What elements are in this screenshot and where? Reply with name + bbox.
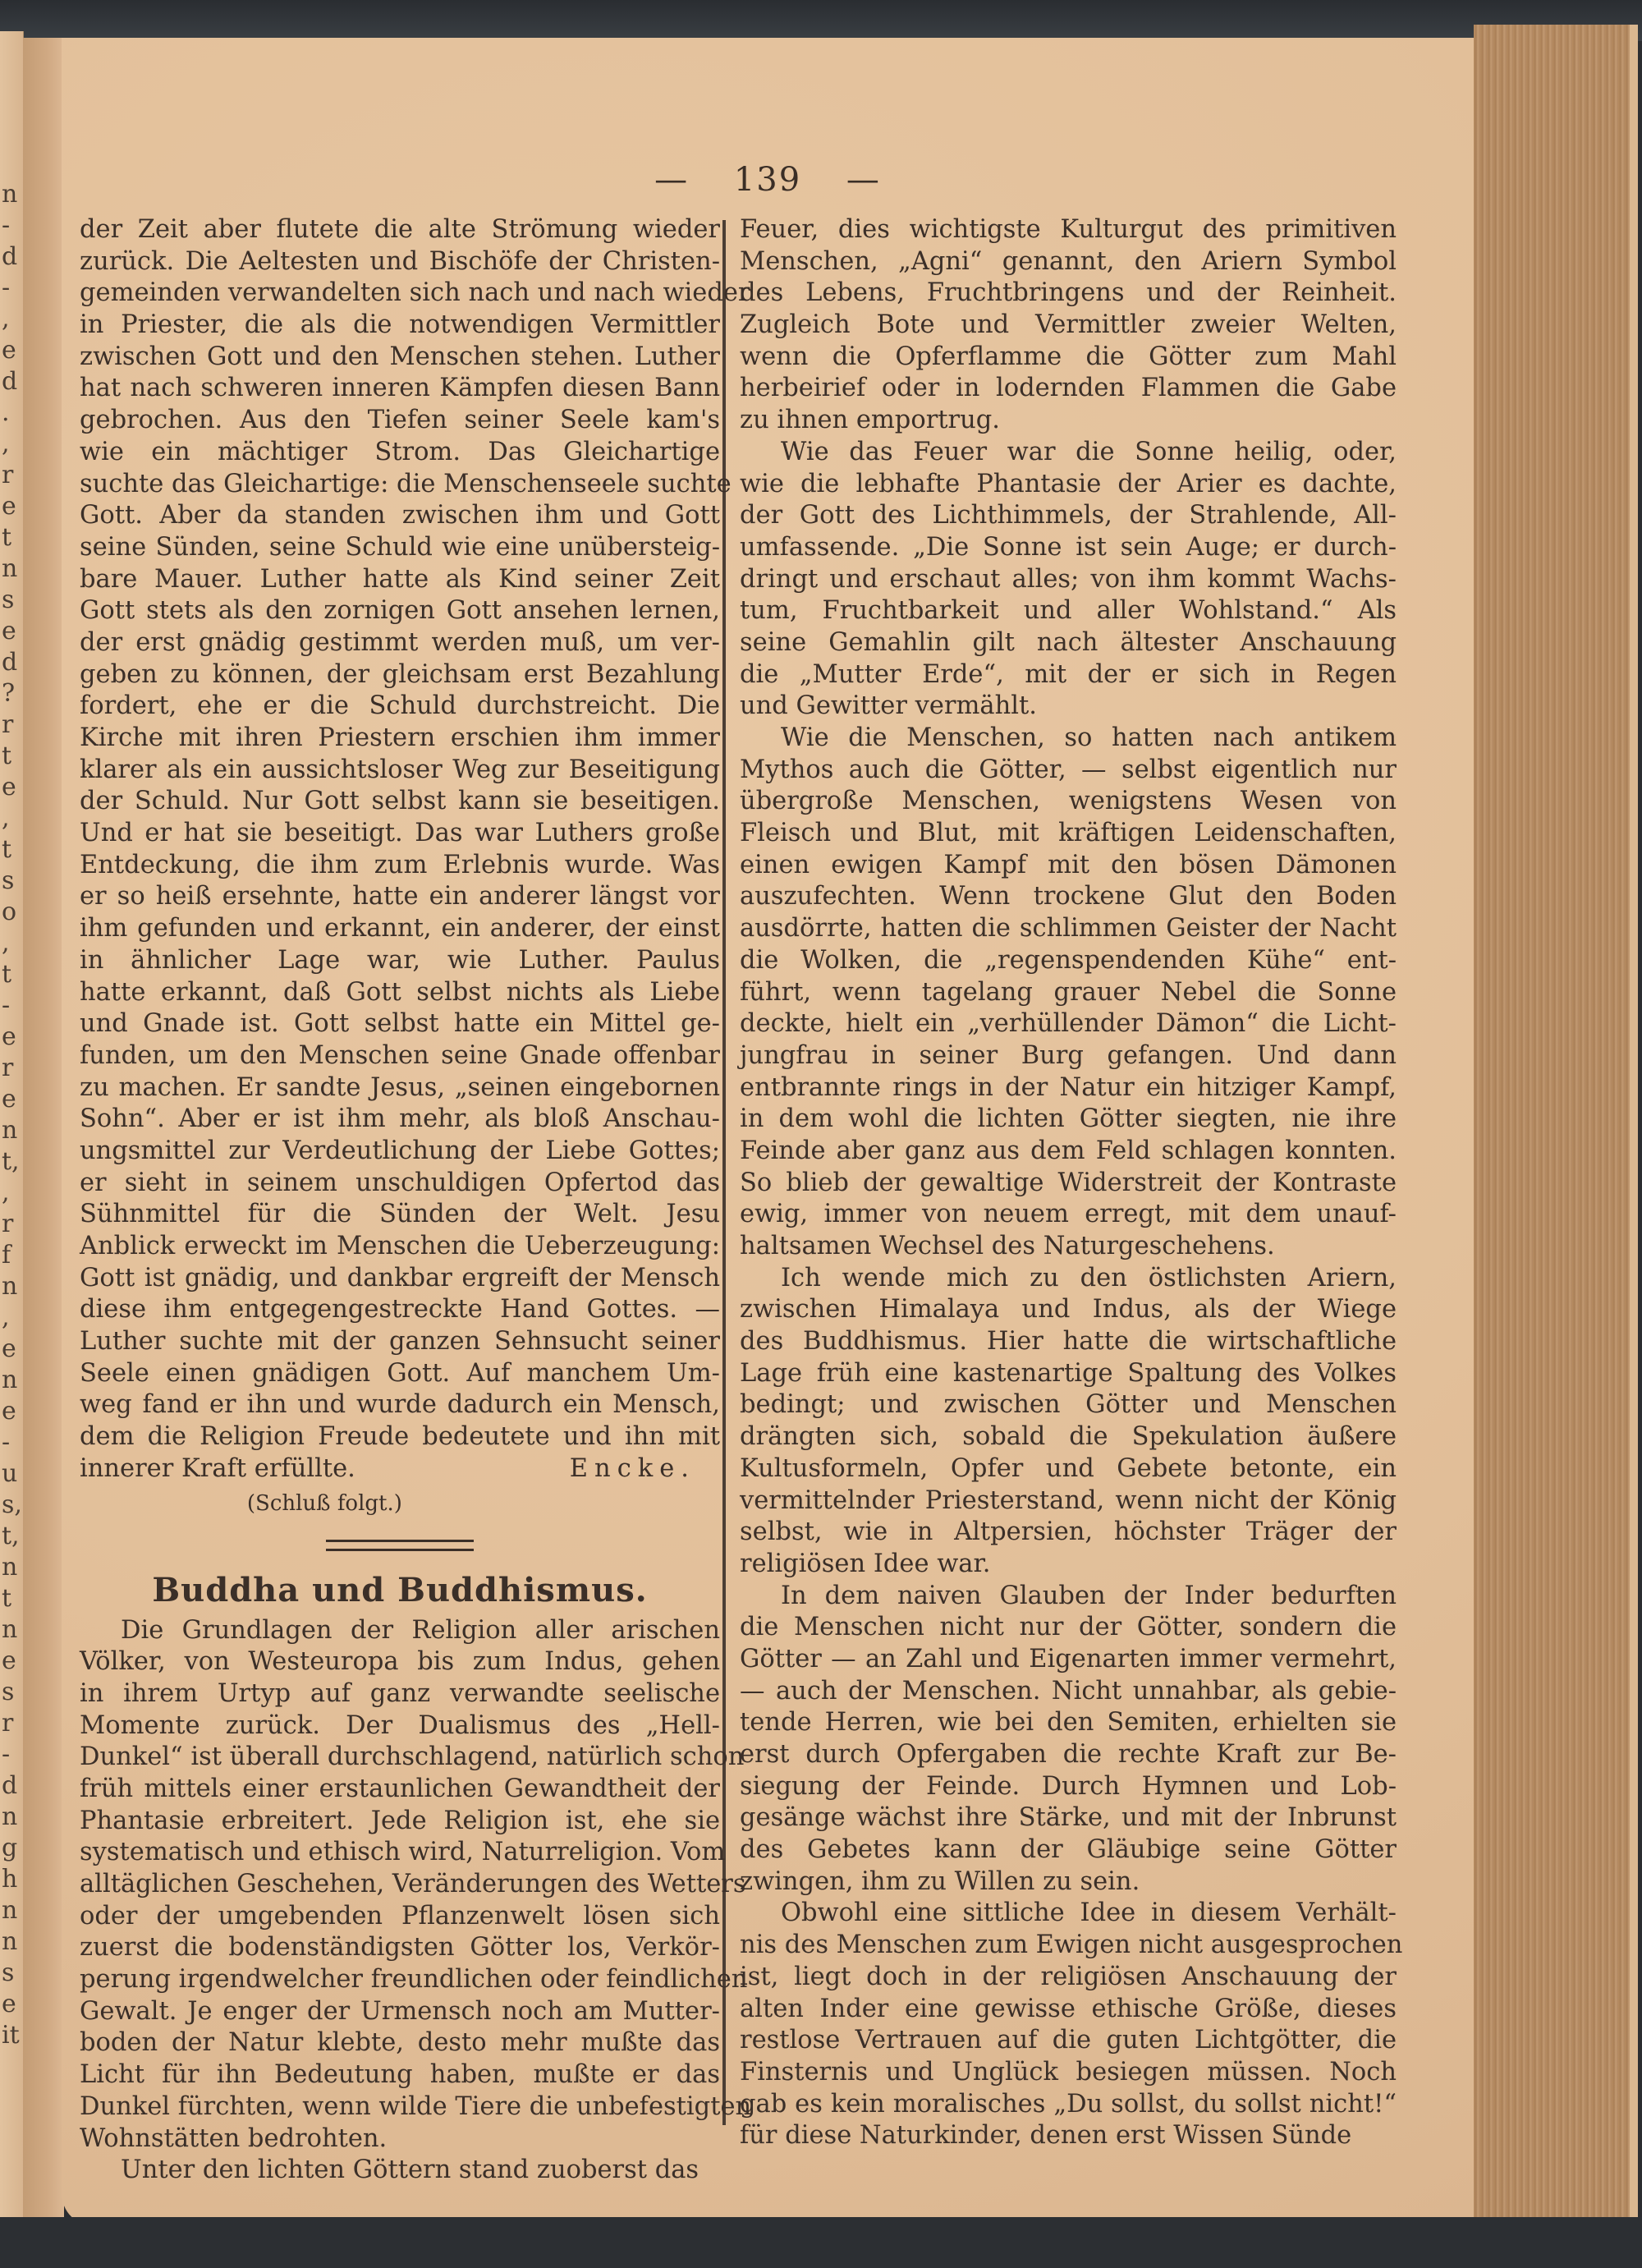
text-line: gebrochen. Aus den Tiefen seiner Seele k…	[80, 405, 720, 437]
book-page: — 139 — der Zeit aber flutete die alte S…	[62, 38, 1474, 2226]
text-line: tende Herren, wie bei den Semiten, erhie…	[740, 1707, 1397, 1739]
text-line: zwischen Himalaya und Indus, als der Wie…	[740, 1294, 1397, 1326]
text-line: Fleisch und Blut, mit kräftigen Leidensc…	[740, 818, 1397, 850]
text-line: So blieb der gewaltige Widerstreit der K…	[740, 1168, 1397, 1200]
text-line: Lage früh eine kastenartige Spaltung des…	[740, 1358, 1397, 1390]
text-line: ihm gefunden und erkannt, ein anderer, d…	[80, 913, 720, 945]
text-line: ist, liegt doch in der religiösen Anscha…	[740, 1962, 1397, 1994]
text-line: seine Sünden, seine Schuld wie eine unüb…	[80, 532, 720, 564]
text-line: diese ihm entgegengestreckte Hand Gottes…	[80, 1294, 720, 1326]
text-line: Gott stets als den zornigen Gott ansehen…	[80, 595, 720, 627]
text-line: einen ewigen Kampf mit den bösen Dämonen	[740, 850, 1397, 882]
text-line: Dunkel“ ist überall durchschlagend, natü…	[80, 1742, 720, 1774]
text-line: ausdörrte, hatten die schlimmen Geister …	[740, 913, 1397, 945]
text-line: restlose Vertrauen auf die guten Lichtgö…	[740, 2025, 1397, 2057]
text-line: Feuer, dies wichtigste Kulturgut des pri…	[740, 214, 1397, 246]
text-line: zwingen, ihm zu Willen zu sein.	[740, 1866, 1397, 1898]
text-line: für diese Naturkinder, denen erst Wissen…	[740, 2120, 1397, 2152]
text-line: gemeinden verwandelten sich nach und nac…	[80, 278, 720, 310]
left-column: der Zeit aber flutete die alte Strömung …	[80, 214, 720, 2187]
text-line: Gott. Aber da standen zwischen ihm und G…	[80, 500, 720, 532]
text-line: hatte erkannt, daß Gott selbst nichts al…	[80, 977, 720, 1009]
folio-dash-left: —	[654, 161, 689, 199]
author-signature: Encke.	[570, 1453, 695, 1485]
text-line: Gott ist gnädig, und dankbar ergreift de…	[80, 1263, 720, 1295]
text-line: Finsternis und Unglück besiegen müssen. …	[740, 2057, 1397, 2089]
text-line: In dem naiven Glauben der Inder bedurfte…	[740, 1581, 1397, 1613]
text-line: nis des Menschen zum Ewigen nicht ausges…	[740, 1930, 1397, 1962]
text-line: funden, um den Menschen seine Gnade offe…	[80, 1040, 720, 1072]
article-body-buddhism: Die Grundlagen der Religion aller arisch…	[80, 1615, 720, 2187]
text-line: er sieht in seinem unschuldigen Opfertod…	[80, 1168, 720, 1200]
text-line: religiösen Idee war.	[740, 1549, 1397, 1581]
text-line: in ähnlicher Lage war, wie Luther. Paulu…	[80, 945, 720, 977]
text-line: Anblick erweckt im Menschen die Ueberzeu…	[80, 1231, 720, 1263]
text-line: Kirche mit ihren Priestern erschien ihm …	[80, 723, 720, 755]
right-column: Feuer, dies wichtigste Kulturgut des pri…	[740, 214, 1397, 2152]
text-line: perung irgendwelcher freundlichen oder f…	[80, 1964, 720, 1996]
text-line: zurück. Die Aeltesten und Bischöfe der C…	[80, 246, 720, 278]
text-line: haltsamen Wechsel des Naturgeschehens.	[740, 1231, 1397, 1263]
text-line: der Schuld. Nur Gott selbst kann sie bes…	[80, 786, 720, 818]
text-line: wie ein mächtiger Strom. Das Gleichartig…	[80, 437, 720, 469]
text-line: des Gebetes kann der Gläubige seine Gött…	[740, 1834, 1397, 1866]
text-line: Obwohl eine sittliche Idee in diesem Ver…	[740, 1898, 1397, 1930]
text-line: ungsmittel zur Verdeutlichung der Liebe …	[80, 1136, 720, 1168]
text-line: Wohnstätten bedrohten.	[80, 2123, 720, 2156]
text-line: Die Grundlagen der Religion aller arisch…	[80, 1615, 720, 1647]
text-line: Wie das Feuer war die Sonne heilig, oder…	[740, 437, 1397, 469]
text-line: drängten sich, sobald die Spekulation äu…	[740, 1421, 1397, 1453]
text-line: und Gewitter vermählt.	[740, 691, 1397, 723]
article-continuation: der Zeit aber flutete die alte Strömung …	[80, 214, 720, 1453]
text-line: dem die Religion Freude bedeutete und ih…	[80, 1421, 720, 1453]
text-line: hat nach schweren inneren Kämpfen diesen…	[80, 373, 720, 405]
text-line: entbrannte rings in der Natur ein hitzig…	[740, 1072, 1397, 1104]
text-line: Kultusformeln, Opfer und Gebete betonte,…	[740, 1453, 1397, 1485]
text-line: dringt und erschaut alles; von ihm kommt…	[740, 564, 1397, 596]
text-line: systematisch und ethisch wird, Naturreli…	[80, 1837, 720, 1869]
text-line: der Zeit aber flutete die alte Strömung …	[80, 214, 720, 246]
text-line: geben zu können, der gleichsam erst Beza…	[80, 659, 720, 691]
text-line: Momente zurück. Der Dualismus des „Hell-	[80, 1710, 720, 1742]
text-line: des Buddhismus. Hier hatte die wirtschaf…	[740, 1326, 1397, 1358]
text-line: Seele einen gnädigen Gott. Auf manchem U…	[80, 1358, 720, 1390]
text-line: zu ihnen emportrug.	[740, 405, 1397, 437]
text-line: Wie die Menschen, so hatten nach antikem	[740, 723, 1397, 755]
text-line: klarer als ein aussichtsloser Weg zur Be…	[80, 755, 720, 787]
text-line: auszufechten. Wenn trockene Glut den Bod…	[740, 881, 1397, 913]
double-rule-separator	[326, 1540, 474, 1551]
text-line: übergroße Menschen, wenigstens Wesen von	[740, 786, 1397, 818]
text-line: bedingt; und zwischen Götter und Mensche…	[740, 1389, 1397, 1421]
text-line: tum, Fruchtbarkeit und aller Wohlstand.“…	[740, 595, 1397, 627]
previous-page-edge: n - d - , e d . , r e t n s e d ? r t e …	[0, 31, 24, 2252]
text-line: fordert, ehe er die Schuld durchstreicht…	[80, 691, 720, 723]
text-line: weg fand er ihn und wurde dadurch ein Me…	[80, 1389, 720, 1421]
text-line: Entdeckung, die ihm zum Erlebnis wurde. …	[80, 850, 720, 882]
text-line: Feinde aber ganz aus dem Feld schlagen k…	[740, 1136, 1397, 1168]
text-line: Dunkel fürchten, wenn wilde Tiere die un…	[80, 2091, 720, 2123]
text-line: vermittelnder Priesterstand, wenn nicht …	[740, 1485, 1397, 1517]
closing-text: innerer Kraft erfüllte.	[80, 1454, 355, 1483]
text-line: des Lebens, Fruchtbringens und der Reinh…	[740, 278, 1397, 310]
text-line: die Wolken, die „regenspendenden Kühe“ e…	[740, 945, 1397, 977]
text-line: bare Mauer. Luther hatte als Kind seiner…	[80, 564, 720, 596]
text-line: der Gott des Lichthimmels, der Strahlend…	[740, 500, 1397, 532]
text-line: Gewalt. Je enger der Urmensch noch am Mu…	[80, 1996, 720, 2028]
text-line: Phantasie erbreitert. Jede Religion ist,…	[80, 1806, 720, 1838]
text-line: boden der Natur klebte, desto mehr mußte…	[80, 2027, 720, 2059]
text-line: erst durch Opfergaben die rechte Kraft z…	[740, 1739, 1397, 1771]
text-line: seine Gemahlin gilt nach ältester Anscha…	[740, 627, 1397, 659]
text-line: Unter den lichten Göttern stand zuoberst…	[80, 2155, 720, 2187]
previous-page-margin-text: n - d - , e d . , r e t n s e d ? r t e …	[2, 179, 22, 2051]
text-line: suchte das Gleichartige: die Menschensee…	[80, 469, 720, 501]
text-line: früh mittels einer erstaunlichen Gewandt…	[80, 1774, 720, 1806]
text-line: jungfrau in seiner Burg gefangen. Und da…	[740, 1040, 1397, 1072]
text-line: — auch der Menschen. Nicht unnahbar, als…	[740, 1676, 1397, 1708]
text-line: der erst gnädig gestimmt werden muß, um …	[80, 627, 720, 659]
text-line: Götter — an Zahl und Eigenarten immer ve…	[740, 1644, 1397, 1676]
text-line: umfassende. „Die Sonne ist sein Auge; er…	[740, 532, 1397, 564]
text-line: er so heiß ersehnte, hatte ein anderer l…	[80, 881, 720, 913]
closing-line: innerer Kraft erfüllte. Encke.	[80, 1453, 720, 1485]
text-line: herbeirief oder in lodernden Flammen die…	[740, 373, 1397, 405]
text-line: oder der umgebenden Pflanzenwelt lösen s…	[80, 1901, 720, 1933]
text-line: zuerst die bodenständigsten Götter los, …	[80, 1932, 720, 1964]
text-line: Menschen, „Agni“ genannt, den Ariern Sym…	[740, 246, 1397, 278]
text-line: die „Mutter Erde“, mit der er sich in Re…	[740, 659, 1397, 691]
text-line: Sohn“. Aber er ist ihm mehr, als bloß An…	[80, 1104, 720, 1136]
page-number: 139	[734, 161, 801, 199]
text-line: Sühnmittel für die Sünden der Welt. Jesu	[80, 1199, 720, 1231]
text-line: Luther suchte mit der ganzen Sehnsucht s…	[80, 1326, 720, 1358]
text-line: selbst, wie in Altpersien, höchster Träg…	[740, 1517, 1397, 1549]
text-line: Völker, von Westeuropa bis zum Indus, ge…	[80, 1646, 720, 1678]
page-edges	[1474, 25, 1638, 2238]
text-line: alltäglichen Geschehen, Veränderungen de…	[80, 1869, 720, 1901]
book-cover-top	[0, 0, 1642, 41]
article-body-continued: Feuer, dies wichtigste Kulturgut des pri…	[740, 214, 1397, 2152]
text-line: Und er hat sie beseitigt. Das war Luther…	[80, 818, 720, 850]
text-line: ewig, immer von neuem erregt, mit dem un…	[740, 1199, 1397, 1231]
text-line: deckte, hielt ein „verhüllender Dämon“ d…	[740, 1008, 1397, 1040]
text-line: in Priester, die als die notwendigen Ver…	[80, 310, 720, 342]
text-line: gab es kein moralisches „Du sollst, du s…	[740, 2089, 1397, 2121]
section-title: Buddha und Buddhismus.	[80, 1566, 720, 1615]
text-line: Zugleich Bote und Vermittler zweier Welt…	[740, 310, 1397, 342]
to-be-continued-note: (Schluß folgt.)	[80, 1485, 720, 1522]
text-line: und Gnade ist. Gott selbst hatte ein Mit…	[80, 1008, 720, 1040]
text-line: die Menschen nicht nur der Götter, sonde…	[740, 1612, 1397, 1644]
text-line: wie die lebhafte Phantasie der Arier es …	[740, 469, 1397, 501]
text-line: führt, wenn tagelang grauer Nebel die So…	[740, 977, 1397, 1009]
book-gutter	[23, 38, 64, 2222]
text-line: wenn die Opferflamme die Götter zum Mahl	[740, 342, 1397, 374]
text-line: Licht für ihn Bedeutung haben, mußte er …	[80, 2059, 720, 2091]
text-line: alten Inder eine gewisse ethische Größe,…	[740, 1994, 1397, 2026]
text-line: Mythos auch die Götter, — selbst eigentl…	[740, 755, 1397, 787]
text-line: in ihrem Urtyp auf ganz verwandte seelis…	[80, 1678, 720, 1710]
text-line: zu machen. Er sandte Jesus, „seinen eing…	[80, 1072, 720, 1104]
text-line: siegung der Feinde. Durch Hymnen und Lob…	[740, 1771, 1397, 1803]
folio-dash-right: —	[846, 161, 881, 199]
page-number-header: — 139 —	[62, 161, 1474, 199]
book-cover-bottom	[0, 2217, 1642, 2268]
text-line: gesänge wächst ihre Stärke, und mit der …	[740, 1802, 1397, 1834]
text-line: in dem wohl die lichten Götter siegten, …	[740, 1104, 1397, 1136]
text-line: zwischen Gott und den Menschen stehen. L…	[80, 342, 720, 374]
text-line: Ich wende mich zu den östlichsten Ariern…	[740, 1263, 1397, 1295]
